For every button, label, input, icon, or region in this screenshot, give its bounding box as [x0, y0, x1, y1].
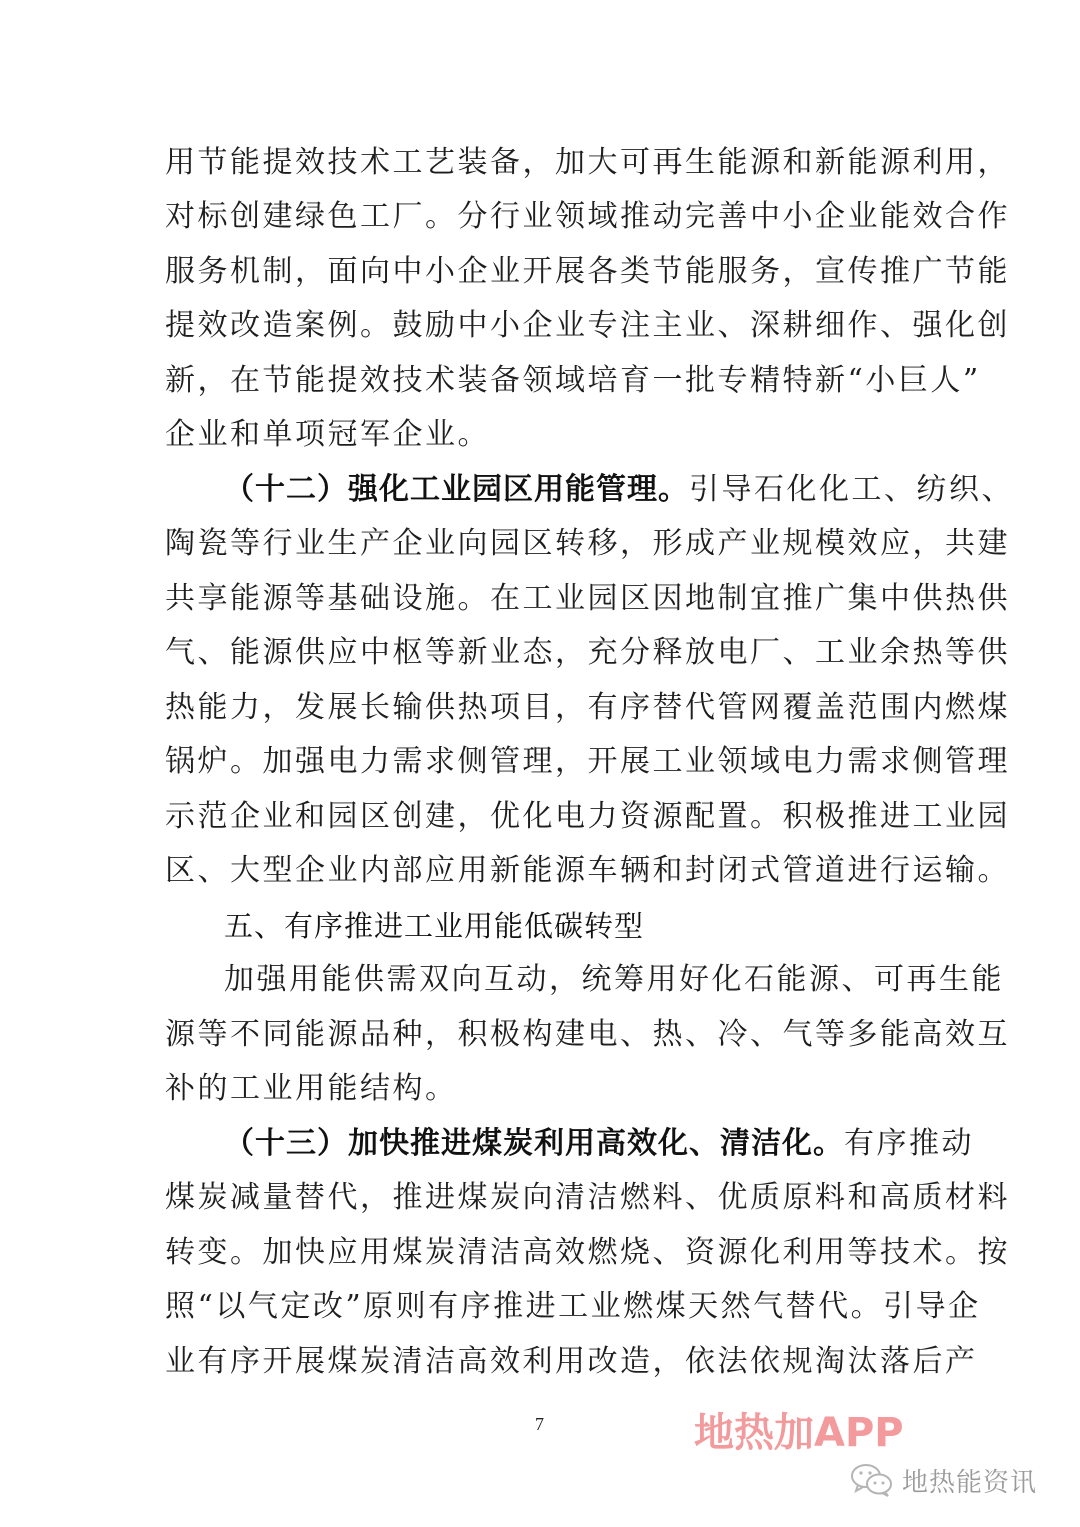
body-line: 补的工业用能结构。 [165, 1069, 925, 1109]
chapter-heading: 五、有序推进工业用能低碳转型 [224, 906, 644, 946]
body-line: 对标创建绿色工厂。分行业领域推动完善中小企业能效合作 [165, 197, 925, 237]
body-line: 示范企业和园区创建，优化电力资源配置。积极推进工业园 [165, 797, 925, 837]
body-line: 照“以气定改”原则有序推进工业燃煤天然气替代。引导企 [165, 1287, 925, 1327]
body-line: 提效改造案例。鼓励中小企业专注主业、深耕细作、强化创 [165, 306, 925, 346]
body-line: 区、大型企业内部应用新能源车辆和封闭式管道进行运输。 [165, 851, 925, 891]
body-line: 加强用能供需双向互动，统筹用好化石能源、可再生能 [224, 960, 984, 1000]
body-line: 气、能源供应中枢等新业态，充分释放电厂、工业余热等供 [165, 633, 925, 673]
document-page: 用节能提效技术工艺装备，加大可再生能源和新能源利用， 对标创建绿色工厂。分行业领… [0, 0, 1080, 1527]
body-line: 新，在节能提效技术装备领域培育一批专精特新“小巨人” [165, 361, 925, 401]
section-13-first-line: （十三）加快推进煤炭利用高效化、清洁化。有序推动 [224, 1124, 984, 1164]
section-12-title: （十二）强化工业园区用能管理。 [224, 472, 689, 507]
body-line: 业有序开展煤炭清洁高效利用改造，依法依规淘汰落后产 [165, 1342, 925, 1382]
section-12-first-line: （十二）强化工业园区用能管理。引导石化化工、纺织、 [224, 470, 984, 510]
body-line: 转变。加快应用煤炭清洁高效燃烧、资源化利用等技术。按 [165, 1233, 925, 1273]
body-line: 企业和单项冠军企业。 [165, 415, 925, 455]
app-watermark: 地热加APP [694, 1408, 904, 1458]
wechat-icon [850, 1463, 894, 1497]
page-number: 7 [535, 1414, 544, 1435]
body-line: 锅炉。加强电力需求侧管理，开展工业领域电力需求侧管理 [165, 742, 925, 782]
section-12-text: 引导石化化工、纺织、 [689, 472, 1014, 507]
body-line: 用节能提效技术工艺装备，加大可再生能源和新能源利用， [165, 143, 925, 183]
body-line: 源等不同能源品种，积极构建电、热、冷、气等多能高效互 [165, 1015, 925, 1055]
body-line: 陶瓷等行业生产企业向园区转移，形成产业规模效应，共建 [165, 524, 925, 564]
body-line: 热能力，发展长输供热项目，有序替代管网覆盖范围内燃煤 [165, 688, 925, 728]
section-13-text: 有序推动 [844, 1126, 974, 1161]
section-13-title: （十三）加快推进煤炭利用高效化、清洁化。 [224, 1126, 844, 1161]
body-line: 共享能源等基础设施。在工业园区因地制宜推广集中供热供 [165, 579, 925, 619]
body-line: 煤炭减量替代，推进煤炭向清洁燃料、优质原料和高质材料 [165, 1178, 925, 1218]
account-watermark: 地热能资讯 [850, 1462, 1037, 1498]
body-line: 服务机制，面向中小企业开展各类节能服务，宣传推广节能 [165, 252, 925, 292]
account-name: 地热能资讯 [902, 1462, 1037, 1499]
